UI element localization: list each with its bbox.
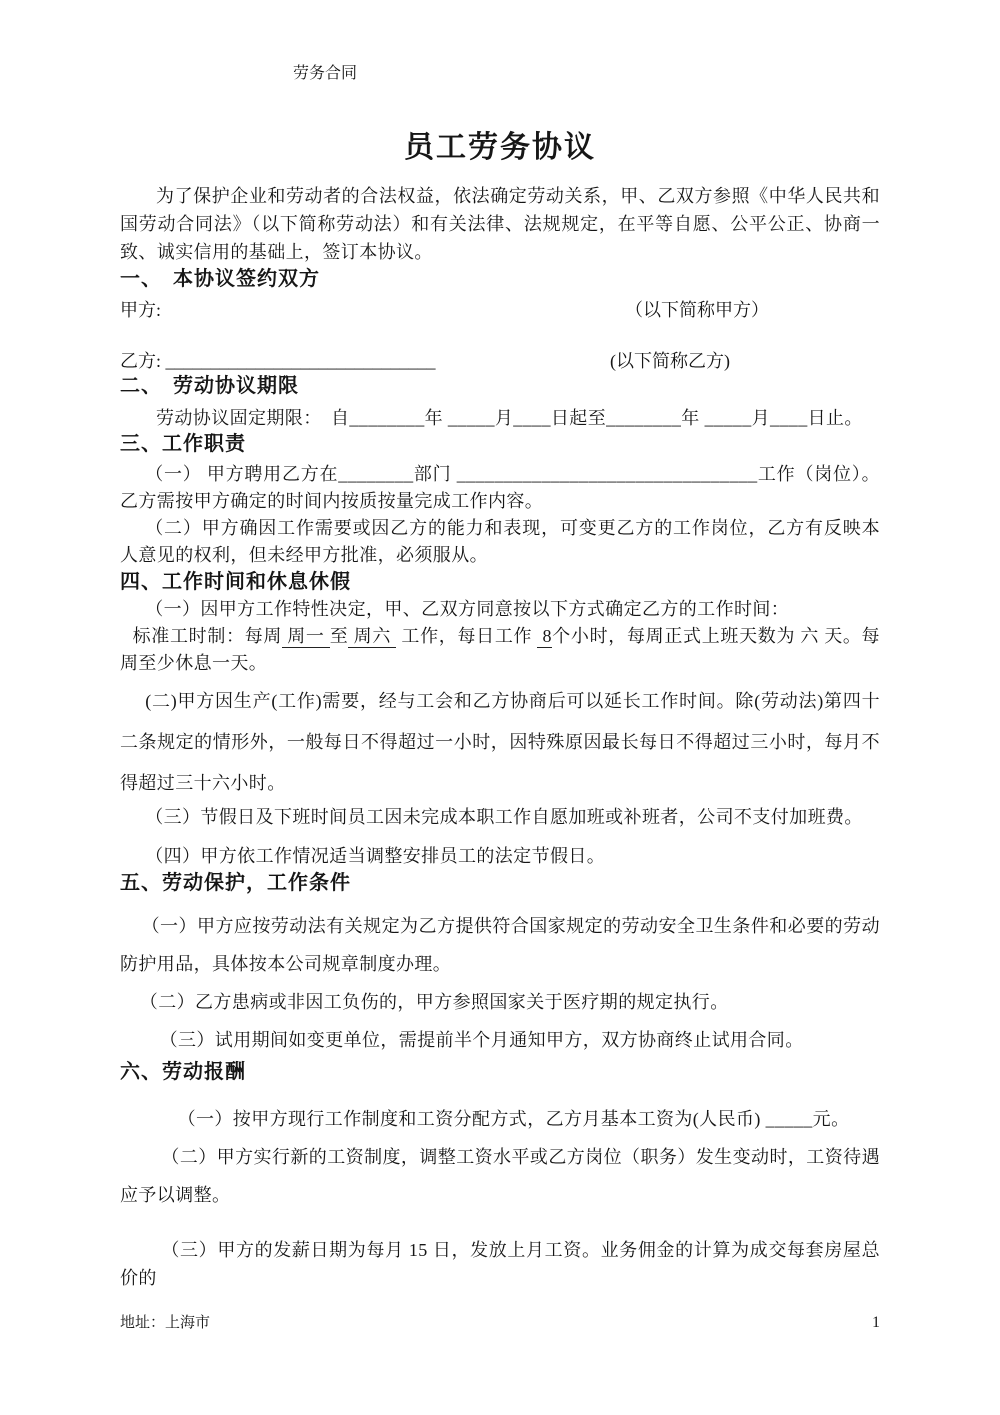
section-4-item-3: （三）节假日及下班时间员工因未完成本职工作自愿加班或补班者，公司不支付加班费。 — [120, 804, 880, 831]
section-4-item-2: (二)甲方因生产(工作)需要，经与工会和乙方协商后可以延长工作时间。除(劳动法)… — [120, 681, 880, 804]
party-b-row: 乙方: ______________________________ (以下简称… — [120, 349, 880, 373]
section-3-item-2: （二）甲方确因工作需要或因乙方的能力和表现，可变更乙方的工作岗位，乙方有反映本人… — [120, 515, 880, 569]
section-4-work-hours-line: 标准工时制：每周 周一 至 周六 工作，每日工作 8个小时，每周正式上班天数为 … — [120, 623, 880, 677]
section-5-item-3: （三）试用期间如变更单位，需提前半个月通知甲方，双方协商终止试用合同。 — [120, 1021, 880, 1059]
section-5-item-1: （一）甲方应按劳动法有关规定为乙方提供符合国家规定的劳动安全卫生条件和必要的劳动… — [120, 907, 880, 983]
party-a-label: 甲方: — [120, 298, 625, 322]
page-number: 1 — [872, 1314, 880, 1332]
party-b-label: 乙方: — [120, 351, 166, 371]
page-header-label: 劳务合同 — [293, 64, 880, 84]
section-4-heading: 四、工作时间和休息休假 — [120, 569, 880, 596]
section-6-item-3: （三）甲方的发薪日期为每月 15 日，发放上月工资。业务佣金的计算为成交每套房屋… — [120, 1236, 880, 1292]
intro-paragraph: 为了保护企业和劳动者的合法权益，依法确定劳动关系，甲、乙双方参照《中华人民共和国… — [120, 182, 880, 266]
section-3-heading: 三、工作职责 — [120, 431, 880, 458]
party-b-field: 乙方: ______________________________ — [120, 349, 610, 373]
term-line: 劳动协议固定期限： 自________年 _____月____日起至______… — [120, 405, 880, 431]
section-6-heading: 六、劳动报酬 — [120, 1059, 880, 1086]
section-6-item-1: （一）按甲方现行工作制度和工资分配方式，乙方月基本工资为(人民币) _____元… — [120, 1100, 880, 1138]
page-footer: 地址：上海市 1 — [120, 1311, 880, 1332]
section-1-heading: 一、 本协议签约双方 — [120, 266, 880, 293]
section-5-heading: 五、劳动保护，工作条件 — [120, 870, 880, 897]
section-6-item-2: （二）甲方实行新的工资制度，调整工资水平或乙方岗位（职务）发生变动时，工资待遇应… — [120, 1138, 880, 1214]
document-page: 劳务合同 员工劳务协议 为了保护企业和劳动者的合法权益，依法确定劳动关系，甲、乙… — [0, 0, 1000, 1415]
section-4-item-1: （一）因甲方工作特性决定，甲、乙双方同意按以下方式确定乙方的工作时间： — [120, 596, 880, 623]
section-2-heading: 二、 劳动协议期限 — [120, 373, 880, 400]
party-b-blank-line: ______________________________ — [166, 351, 436, 371]
section-5-item-2: （二）乙方患病或非因工负伤的，甲方参照国家关于医疗期的规定执行。 — [120, 983, 880, 1021]
party-a-note: （以下简称甲方） — [625, 298, 769, 322]
section-4-item-4: （四）甲方依工作情况适当调整安排员工的法定节假日。 — [120, 843, 880, 870]
party-a-row: 甲方: （以下简称甲方） — [120, 298, 880, 322]
document-title: 员工劳务协议 — [120, 128, 880, 168]
footer-address: 地址：上海市 — [120, 1311, 210, 1332]
section-3-item-1: （一） 甲方聘用乙方在________部门 __________________… — [120, 461, 880, 515]
party-b-note: (以下简称乙方) — [610, 349, 730, 373]
